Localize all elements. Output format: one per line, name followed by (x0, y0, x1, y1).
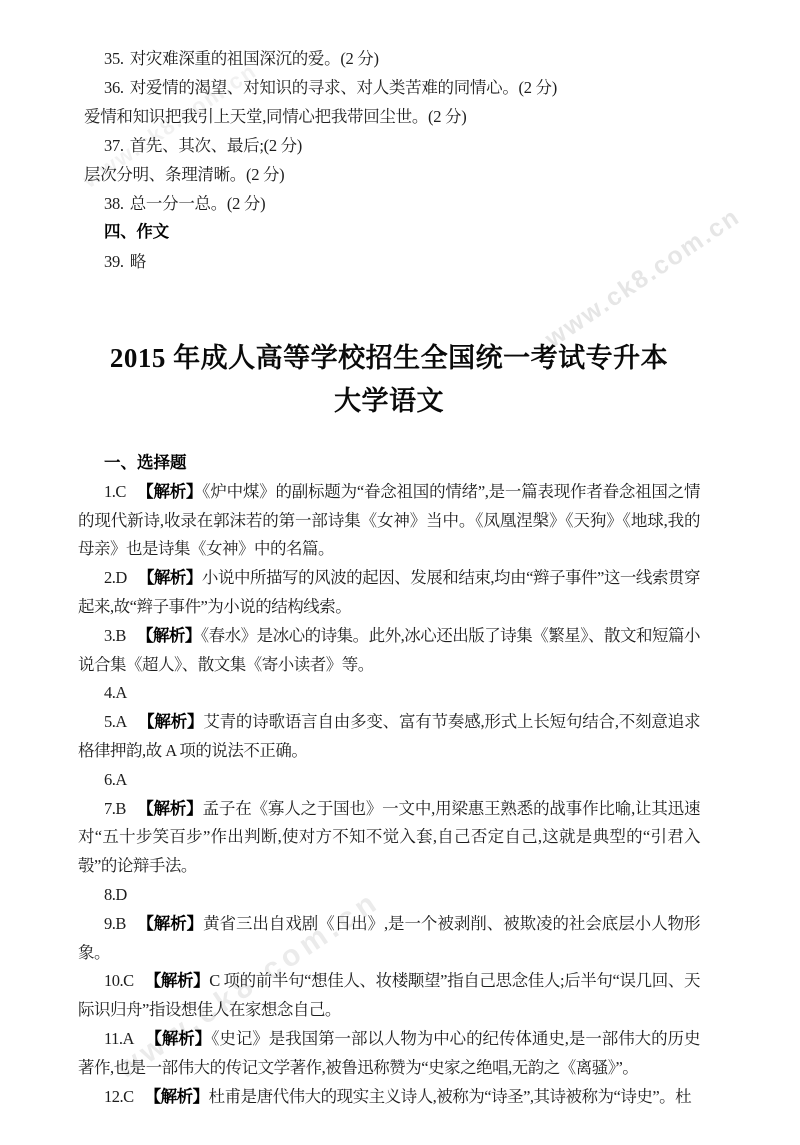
solution-item: 4.A (78, 679, 700, 708)
answer-number: 1.C (104, 482, 126, 501)
answer-number: 39. (104, 252, 124, 271)
analysis-label: 【解析】 (138, 713, 204, 731)
answer-number: 35. (104, 49, 124, 68)
answer-key-section: 一、选择题 1.C【解析】《炉中煤》的副标题为“眷念祖国的情绪”,是一篇表现作者… (78, 449, 700, 1111)
solution-text: 杜甫是唐代伟大的现实主义诗人,被称为“诗圣”,其诗被称为“诗史”。杜 (209, 1087, 692, 1106)
previous-exam-answers-section: 35.对灾难深重的祖国深沉的爱。(2 分) 36.对爱情的渴望、对知识的寻求、对… (78, 44, 700, 276)
analysis-label: 【解析】 (137, 800, 203, 818)
answer-text: 略 (130, 252, 146, 271)
essay-section-heading: 四、作文 (78, 218, 700, 247)
multiple-choice-heading: 一、选择题 (78, 449, 700, 478)
answer-line: 爱情和知识把我引上天堂,同情心把我带回尘世。(2 分) (78, 102, 700, 131)
answer-line: 39.略 (78, 247, 700, 276)
exam-title-line1: 2015 年成人高等学校招生全国统一考试专升本 (78, 337, 700, 380)
solution-item: 12.C【解析】杜甫是唐代伟大的现实主义诗人,被称为“诗圣”,其诗被称为“诗史”… (78, 1083, 700, 1112)
answer-text: 对灾难深重的祖国深沉的爱。(2 分) (130, 49, 379, 68)
analysis-label: 【解析】 (145, 1030, 211, 1048)
solution-item: 2.D【解析】小说中所描写的风波的起因、发展和结束,均由“辫子事件”这一线索贯穿… (78, 564, 700, 622)
answer-text: 层次分明、条理清晰。(2 分) (84, 165, 284, 184)
answer-number: 4.A (104, 683, 127, 702)
answer-text: 总一分一总。(2 分) (130, 194, 266, 213)
solution-item: 8.D (78, 881, 700, 910)
solution-item: 11.A【解析】《史记》是我国第一部以人物为中心的纪传体通史,是一部伟大的历史著… (78, 1025, 700, 1083)
answer-number: 5.A (104, 712, 127, 731)
solution-item: 6.A (78, 766, 700, 795)
exam-title-line2: 大学语文 (78, 380, 700, 423)
exam-title: 2015 年成人高等学校招生全国统一考试专升本 大学语文 (78, 337, 700, 423)
answer-number: 8.D (104, 885, 127, 904)
answer-number: 3.B (104, 626, 126, 645)
answer-number: 37. (104, 136, 124, 155)
answer-number: 9.B (104, 914, 126, 933)
analysis-label: 【解析】 (137, 915, 203, 933)
answer-line: 38.总一分一总。(2 分) (78, 189, 700, 218)
answer-line: 35.对灾难深重的祖国深沉的爱。(2 分) (78, 44, 700, 73)
answer-line: 层次分明、条理清晰。(2 分) (78, 160, 700, 189)
answer-text: 爱情和知识把我引上天堂,同情心把我带回尘世。(2 分) (84, 107, 466, 126)
answer-number: 38. (104, 194, 124, 213)
solution-item: 1.C【解析】《炉中煤》的副标题为“眷念祖国的情绪”,是一篇表现作者眷念祖国之情… (78, 478, 700, 564)
solution-item: 9.B【解析】黄省三出自戏剧《日出》,是一个被剥削、被欺凌的社会底层小人物形象。 (78, 910, 700, 968)
answer-number: 2.D (104, 568, 127, 587)
analysis-label: 【解析】 (137, 627, 201, 645)
analysis-label: 【解析】 (145, 1088, 209, 1106)
answer-text: 对爱情的渴望、对知识的寻求、对人类苦难的同情心。(2 分) (130, 78, 557, 97)
exam-answer-page: www.ck8.com.cn www.ck8.com.cn www.ck8.co… (0, 0, 800, 1145)
answer-line: 37.首先、其次、最后;(2 分) (78, 131, 700, 160)
answer-line: 36.对爱情的渴望、对知识的寻求、对人类苦难的同情心。(2 分) (78, 73, 700, 102)
solution-item: 7.B【解析】孟子在《寡人之于国也》一文中,用梁惠王熟悉的战事作比喻,让其迅速对… (78, 795, 700, 881)
solution-item: 5.A【解析】艾青的诗歌语言自由多变、富有节奏感,形式上长短句结合,不刻意追求格… (78, 708, 700, 766)
answer-number: 6.A (104, 770, 127, 789)
solution-item: 10.C【解析】C 项的前半句“想佳人、妆楼颙望”指自己思念佳人;后半句“误几回… (78, 967, 700, 1025)
answer-number: 36. (104, 78, 124, 97)
answer-text: 首先、其次、最后;(2 分) (130, 136, 302, 155)
analysis-label: 【解析】 (138, 569, 202, 587)
answer-number: 7.B (104, 799, 126, 818)
answer-number: 12.C (104, 1087, 134, 1106)
solution-item: 3.B【解析】《春水》是冰心的诗集。此外,冰心还出版了诗集《繁星》、散文和短篇小… (78, 622, 700, 680)
analysis-label: 【解析】 (145, 972, 210, 990)
answer-number: 10.C (104, 971, 134, 990)
answer-number: 11.A (104, 1029, 134, 1048)
analysis-label: 【解析】 (137, 483, 202, 501)
